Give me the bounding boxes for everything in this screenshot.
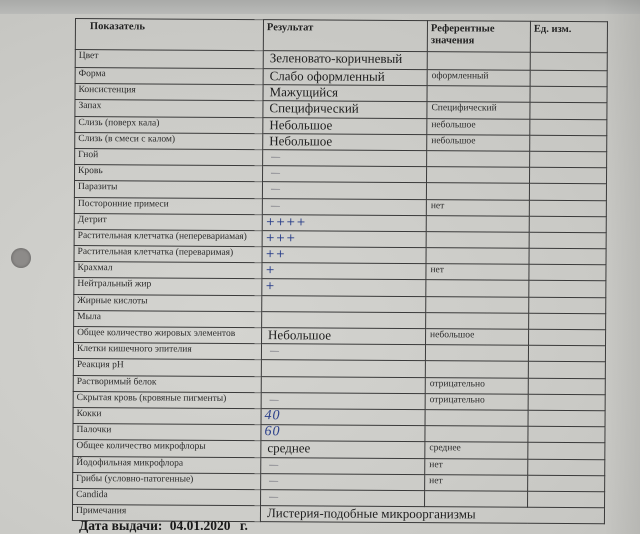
indicator-cell: Посторонние примеси [74,197,262,214]
result-cell: Мажущийся [263,85,427,102]
unit-cell [529,313,606,330]
unit-cell [530,151,607,168]
result-cell: — [261,457,425,474]
result-cell: — [261,392,425,409]
unit-cell [529,281,606,298]
reference-cell: нет [426,264,529,281]
unit-cell [528,491,605,508]
indicator-cell: Жирные кислоты [74,294,262,311]
indicator-cell: Палочки [73,424,261,441]
indicator-cell: Запах [75,100,263,117]
indicator-cell: Цвет [75,50,263,69]
unit-cell [528,378,605,395]
reference-cell [426,312,529,329]
table-header-row: Показатель Результат Референтные значени… [75,19,607,53]
issue-date-value: 04.01.2020 [170,518,231,533]
unit-cell [529,167,606,184]
unit-cell [530,86,607,103]
unit-cell [529,297,606,314]
result-cell: Небольшое [263,133,427,150]
reference-cell [427,151,530,168]
reference-cell [425,345,528,362]
result-cell: Слабо оформленный [263,69,427,86]
reference-cell [425,410,528,427]
reference-cell [426,232,529,249]
reference-cell [426,167,529,184]
reference-cell: нет [425,474,528,491]
unit-cell [530,70,607,87]
reference-cell: небольшое [427,134,530,151]
issue-date-label: Дата выдачи: [79,518,162,533]
notes-value: Листерия-подобные микроорганизмы [260,506,604,524]
result-cell [261,360,425,377]
unit-cell [528,410,605,427]
result-cell: — [263,166,427,183]
indicator-cell: Скрытая кровь (кровяные пигменты) [73,391,261,408]
result-cell: — [262,182,426,199]
result-cell: +++ [262,231,426,248]
indicator-cell: Слизь (в смеси с калом) [75,132,263,149]
reference-cell: отрицательно [425,393,528,410]
result-cell: — [261,473,425,490]
indicator-cell: Нейтральный жир [74,278,262,295]
indicator-cell: Йодофильная микрофлора [73,456,261,473]
reference-cell [426,296,529,313]
indicator-cell: Детрит [74,213,262,230]
unit-cell [529,248,606,265]
indicator-cell: Консистенция [75,84,263,101]
result-cell [262,295,426,312]
unit-cell [528,362,605,379]
indicator-cell: Клетки кишечного эпителия [73,343,261,360]
indicator-cell: Реакция pH [73,359,261,376]
unit-cell [529,329,606,346]
unit-cell [530,119,607,136]
unit-cell [529,184,606,201]
reference-cell: отрицательно [425,377,528,394]
unit-cell [530,103,607,120]
reference-cell [426,215,529,232]
reference-cell [425,426,528,443]
unit-cell [529,232,606,249]
stool-analysis-table: Показатель Результат Референтные значени… [72,18,608,524]
issue-date-suffix: г. [240,518,248,533]
result-cell [261,376,425,393]
indicator-cell: Кокки [73,407,261,424]
result-cell: + [262,263,426,280]
reference-cell [427,52,530,71]
unit-cell [530,52,607,70]
result-cell: — [261,344,425,361]
indicator-cell: Растительная клетчатка (переваримая) [74,246,262,263]
result-cell: — [263,150,427,167]
indicator-cell: Паразиты [74,181,262,198]
indicator-cell: Общее количество микрофлоры [73,440,261,457]
header-result: Результат [263,20,427,52]
indicator-cell: Растворимый белок [73,375,261,392]
indicator-cell: Candida [73,488,261,505]
result-cell: + [262,279,426,296]
result-cell: Специфический [263,101,427,118]
reference-cell: среднее [425,442,528,459]
hole-punch [11,248,31,268]
unit-cell [529,265,606,282]
reference-cell [427,86,530,103]
result-cell [262,311,426,328]
reference-cell: нет [425,458,528,475]
indicator-cell: Гной [75,148,263,165]
unit-cell [528,394,605,411]
indicator-cell: Общее количество жировых элементов [74,326,262,343]
reference-cell [425,361,528,378]
unit-cell [529,216,606,233]
reference-cell: небольшое [426,329,529,346]
result-cell: — [261,490,425,507]
unit-cell [528,459,605,476]
indicator-cell: Грибы (условно-патогенные) [73,472,261,489]
reference-cell [426,280,529,297]
reference-cell: нет [426,199,529,216]
result-cell: Небольшое [262,328,426,345]
unit-cell [530,135,607,152]
result-cell: Небольшое [263,117,427,134]
result-cell: Зеленовато-коричневый [263,51,427,70]
result-cell: ++ [262,247,426,264]
indicator-cell: Растительная клетчатка (неперевариамая) [74,229,262,246]
table-body: ЦветЗеленовато-коричневыйФормаСлабо офор… [72,50,607,524]
reference-cell: небольшое [427,118,530,135]
indicator-cell: Слизь (поверх кала) [75,116,263,133]
indicator-cell: Крахмал [74,262,262,279]
reference-cell [426,183,529,200]
unit-cell [528,443,605,460]
header-unit: Ед. изм. [530,21,607,52]
result-cell: 60 [261,425,425,442]
header-indicator: Показатель [75,19,263,51]
indicator-cell: Форма [75,68,263,85]
result-cell: ++++ [262,214,426,231]
reference-cell [426,248,529,265]
indicator-cell: Мыла [74,310,262,327]
page-edge-shadow [604,0,640,534]
unit-cell [528,475,605,492]
issue-date: Дата выдачи: 04.01.2020 г. [79,518,248,534]
indicator-cell: Кровь [75,165,263,182]
unit-cell [529,200,606,217]
reference-cell: Специфический [427,102,530,119]
reference-cell: оформленный [427,70,530,87]
header-reference: Референтные значения [427,21,530,53]
unit-cell [528,345,605,362]
reference-cell [425,491,528,508]
result-cell: 40 [261,409,425,426]
unit-cell [528,426,605,443]
results-table-container: Показатель Результат Референтные значени… [72,18,607,524]
result-cell: среднее [261,441,425,458]
result-cell: — [262,198,426,215]
